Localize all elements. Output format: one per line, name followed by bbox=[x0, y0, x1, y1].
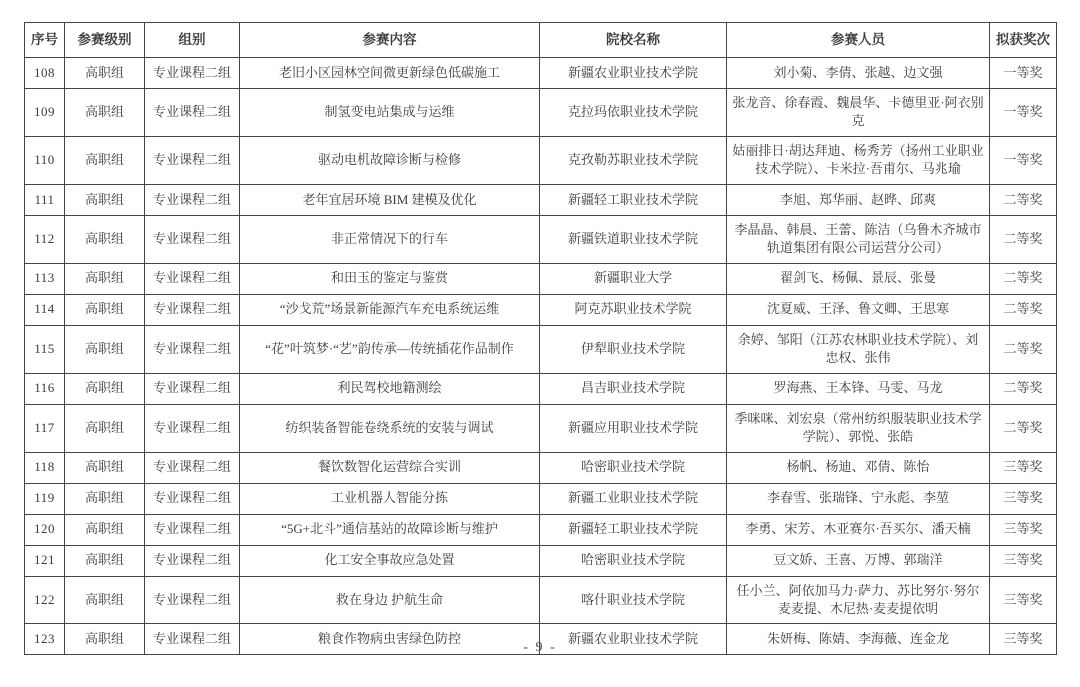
cell-group: 专业课程二组 bbox=[145, 294, 240, 325]
table-header-row: 序号 参赛级别 组别 参赛内容 院校名称 参赛人员 拟获奖次 bbox=[25, 23, 1057, 58]
cell-content: 老旧小区园林空间微更新绿色低碳施工 bbox=[240, 58, 540, 89]
col-header-school: 院校名称 bbox=[540, 23, 727, 58]
cell-index: 111 bbox=[25, 184, 65, 215]
cell-participants: 李旭、郑华丽、赵晔、邱爽 bbox=[727, 184, 990, 215]
cell-index: 114 bbox=[25, 294, 65, 325]
cell-content: 工业机器人智能分拣 bbox=[240, 483, 540, 514]
cell-award: 三等奖 bbox=[990, 545, 1057, 576]
cell-group: 专业课程二组 bbox=[145, 58, 240, 89]
cell-level: 高职组 bbox=[65, 215, 145, 263]
cell-level: 高职组 bbox=[65, 58, 145, 89]
cell-award: 三等奖 bbox=[990, 514, 1057, 545]
cell-content: “花”叶筑梦·“艺”韵传承—传统插花作品制作 bbox=[240, 325, 540, 373]
cell-index: 110 bbox=[25, 136, 65, 184]
cell-group: 专业课程二组 bbox=[145, 514, 240, 545]
cell-group: 专业课程二组 bbox=[145, 545, 240, 576]
col-header-content: 参赛内容 bbox=[240, 23, 540, 58]
table-row: 119 高职组 专业课程二组 工业机器人智能分拣 新疆工业职业技术学院 李春雪、… bbox=[25, 483, 1057, 514]
col-header-participants: 参赛人员 bbox=[727, 23, 990, 58]
cell-level: 高职组 bbox=[65, 89, 145, 137]
cell-level: 高职组 bbox=[65, 325, 145, 373]
table-row: 121 高职组 专业课程二组 化工安全事故应急处置 哈密职业技术学院 豆文娇、王… bbox=[25, 545, 1057, 576]
cell-participants: 姑丽排日·胡达拜迪、杨秀芳（扬州工业职业技术学院）、卡米拉·吾甫尔、马兆瑜 bbox=[727, 136, 990, 184]
cell-award: 三等奖 bbox=[990, 483, 1057, 514]
cell-group: 专业课程二组 bbox=[145, 136, 240, 184]
cell-award: 二等奖 bbox=[990, 373, 1057, 404]
cell-group: 专业课程二组 bbox=[145, 483, 240, 514]
cell-participants: 季咪咪、刘宏泉（常州纺织服装职业技术学学院）、郭悦、张皓 bbox=[727, 404, 990, 452]
cell-level: 高职组 bbox=[65, 263, 145, 294]
table-row: 115 高职组 专业课程二组 “花”叶筑梦·“艺”韵传承—传统插花作品制作 伊犁… bbox=[25, 325, 1057, 373]
cell-award: 二等奖 bbox=[990, 404, 1057, 452]
cell-award: 一等奖 bbox=[990, 58, 1057, 89]
cell-group: 专业课程二组 bbox=[145, 263, 240, 294]
col-header-award: 拟获奖次 bbox=[990, 23, 1057, 58]
table-row: 118 高职组 专业课程二组 餐饮数智化运营综合实训 哈密职业技术学院 杨帆、杨… bbox=[25, 452, 1057, 483]
cell-participants: 刘小菊、李倩、张越、边文强 bbox=[727, 58, 990, 89]
cell-participants: 李晶晶、韩晨、王蕾、陈洁（乌鲁木齐城市轨道集团有限公司运营分公司） bbox=[727, 215, 990, 263]
cell-index: 112 bbox=[25, 215, 65, 263]
cell-content: “沙戈荒”场景新能源汽车充电系统运维 bbox=[240, 294, 540, 325]
cell-content: 救在身边 护航生命 bbox=[240, 576, 540, 624]
cell-level: 高职组 bbox=[65, 545, 145, 576]
table-row: 117 高职组 专业课程二组 纺织装备智能卷绕系统的安装与调试 新疆应用职业技术… bbox=[25, 404, 1057, 452]
cell-school: 新疆轻工职业技术学院 bbox=[540, 184, 727, 215]
table-row: 116 高职组 专业课程二组 利民驾校地籍测绘 昌吉职业技术学院 罗海燕、王本锋… bbox=[25, 373, 1057, 404]
cell-index: 116 bbox=[25, 373, 65, 404]
cell-content: 化工安全事故应急处置 bbox=[240, 545, 540, 576]
cell-content: 老年宜居环境 BIM 建模及优化 bbox=[240, 184, 540, 215]
cell-level: 高职组 bbox=[65, 576, 145, 624]
cell-school: 新疆职业大学 bbox=[540, 263, 727, 294]
cell-participants: 罗海燕、王本锋、马雯、马龙 bbox=[727, 373, 990, 404]
cell-group: 专业课程二组 bbox=[145, 576, 240, 624]
cell-school: 克拉玛依职业技术学院 bbox=[540, 89, 727, 137]
cell-award: 三等奖 bbox=[990, 452, 1057, 483]
cell-index: 113 bbox=[25, 263, 65, 294]
cell-level: 高职组 bbox=[65, 404, 145, 452]
cell-school: 昌吉职业技术学院 bbox=[540, 373, 727, 404]
cell-content: 非正常情况下的行车 bbox=[240, 215, 540, 263]
cell-school: 阿克苏职业技术学院 bbox=[540, 294, 727, 325]
cell-content: 餐饮数智化运营综合实训 bbox=[240, 452, 540, 483]
cell-award: 一等奖 bbox=[990, 136, 1057, 184]
col-header-group: 组别 bbox=[145, 23, 240, 58]
table-row: 111 高职组 专业课程二组 老年宜居环境 BIM 建模及优化 新疆轻工职业技术… bbox=[25, 184, 1057, 215]
cell-group: 专业课程二组 bbox=[145, 373, 240, 404]
cell-index: 108 bbox=[25, 58, 65, 89]
cell-group: 专业课程二组 bbox=[145, 404, 240, 452]
table-row: 108 高职组 专业课程二组 老旧小区园林空间微更新绿色低碳施工 新疆农业职业技… bbox=[25, 58, 1057, 89]
table-row: 113 高职组 专业课程二组 和田玉的鉴定与鉴赏 新疆职业大学 翟剑飞、杨佩、景… bbox=[25, 263, 1057, 294]
cell-school: 新疆铁道职业技术学院 bbox=[540, 215, 727, 263]
cell-level: 高职组 bbox=[65, 514, 145, 545]
cell-school: 新疆轻工职业技术学院 bbox=[540, 514, 727, 545]
cell-participants: 任小兰、阿依加马力·萨力、苏比努尔·努尔麦麦提、木尼热·麦麦提依明 bbox=[727, 576, 990, 624]
cell-school: 克孜勒苏职业技术学院 bbox=[540, 136, 727, 184]
cell-participants: 豆文娇、王喜、万博、郭瑞洋 bbox=[727, 545, 990, 576]
cell-participants: 李勇、宋芳、木亚赛尔·吾买尔、潘天楠 bbox=[727, 514, 990, 545]
cell-group: 专业课程二组 bbox=[145, 452, 240, 483]
cell-content: 利民驾校地籍测绘 bbox=[240, 373, 540, 404]
table-row: 110 高职组 专业课程二组 驱动电机故障诊断与检修 克孜勒苏职业技术学院 姑丽… bbox=[25, 136, 1057, 184]
cell-participants: 翟剑飞、杨佩、景辰、张曼 bbox=[727, 263, 990, 294]
cell-level: 高职组 bbox=[65, 184, 145, 215]
cell-school: 伊犁职业技术学院 bbox=[540, 325, 727, 373]
cell-award: 二等奖 bbox=[990, 263, 1057, 294]
cell-level: 高职组 bbox=[65, 373, 145, 404]
cell-content: 纺织装备智能卷绕系统的安装与调试 bbox=[240, 404, 540, 452]
cell-award: 二等奖 bbox=[990, 215, 1057, 263]
table-row: 114 高职组 专业课程二组 “沙戈荒”场景新能源汽车充电系统运维 阿克苏职业技… bbox=[25, 294, 1057, 325]
cell-index: 109 bbox=[25, 89, 65, 137]
cell-content: 和田玉的鉴定与鉴赏 bbox=[240, 263, 540, 294]
cell-level: 高职组 bbox=[65, 136, 145, 184]
cell-index: 115 bbox=[25, 325, 65, 373]
cell-group: 专业课程二组 bbox=[145, 215, 240, 263]
cell-content: 驱动电机故障诊断与检修 bbox=[240, 136, 540, 184]
cell-group: 专业课程二组 bbox=[145, 89, 240, 137]
table-row: 112 高职组 专业课程二组 非正常情况下的行车 新疆铁道职业技术学院 李晶晶、… bbox=[25, 215, 1057, 263]
cell-index: 122 bbox=[25, 576, 65, 624]
cell-award: 一等奖 bbox=[990, 89, 1057, 137]
cell-index: 120 bbox=[25, 514, 65, 545]
cell-content: 制氢变电站集成与运维 bbox=[240, 89, 540, 137]
cell-award: 三等奖 bbox=[990, 576, 1057, 624]
cell-participants: 杨帆、杨迪、邓倩、陈怡 bbox=[727, 452, 990, 483]
cell-school: 新疆工业职业技术学院 bbox=[540, 483, 727, 514]
page-number: - 9 - bbox=[0, 640, 1080, 656]
cell-school: 新疆应用职业技术学院 bbox=[540, 404, 727, 452]
cell-school: 新疆农业职业技术学院 bbox=[540, 58, 727, 89]
cell-index: 119 bbox=[25, 483, 65, 514]
results-table: 序号 参赛级别 组别 参赛内容 院校名称 参赛人员 拟获奖次 108 高职组 专… bbox=[24, 22, 1057, 655]
cell-participants: 张龙音、徐春霞、魏晨华、卡德里亚·阿衣别克 bbox=[727, 89, 990, 137]
cell-school: 哈密职业技术学院 bbox=[540, 545, 727, 576]
col-header-level: 参赛级别 bbox=[65, 23, 145, 58]
cell-level: 高职组 bbox=[65, 294, 145, 325]
cell-participants: 余婷、邹阳（江苏农林职业技术学院）、刘忠权、张伟 bbox=[727, 325, 990, 373]
cell-participants: 李春雪、张瑞锋、宁永彪、李堃 bbox=[727, 483, 990, 514]
cell-award: 二等奖 bbox=[990, 294, 1057, 325]
cell-school: 哈密职业技术学院 bbox=[540, 452, 727, 483]
document-page: 序号 参赛级别 组别 参赛内容 院校名称 参赛人员 拟获奖次 108 高职组 专… bbox=[0, 0, 1080, 687]
table-row: 122 高职组 专业课程二组 救在身边 护航生命 喀什职业技术学院 任小兰、阿依… bbox=[25, 576, 1057, 624]
cell-index: 117 bbox=[25, 404, 65, 452]
cell-group: 专业课程二组 bbox=[145, 184, 240, 215]
cell-award: 二等奖 bbox=[990, 325, 1057, 373]
cell-level: 高职组 bbox=[65, 483, 145, 514]
col-header-index: 序号 bbox=[25, 23, 65, 58]
cell-participants: 沈夏威、王泽、鲁文卿、王思寒 bbox=[727, 294, 990, 325]
cell-school: 喀什职业技术学院 bbox=[540, 576, 727, 624]
cell-award: 二等奖 bbox=[990, 184, 1057, 215]
table-row: 120 高职组 专业课程二组 “5G+北斗”通信基站的故障诊断与维护 新疆轻工职… bbox=[25, 514, 1057, 545]
cell-index: 121 bbox=[25, 545, 65, 576]
cell-content: “5G+北斗”通信基站的故障诊断与维护 bbox=[240, 514, 540, 545]
table-row: 109 高职组 专业课程二组 制氢变电站集成与运维 克拉玛依职业技术学院 张龙音… bbox=[25, 89, 1057, 137]
cell-group: 专业课程二组 bbox=[145, 325, 240, 373]
cell-level: 高职组 bbox=[65, 452, 145, 483]
cell-index: 118 bbox=[25, 452, 65, 483]
